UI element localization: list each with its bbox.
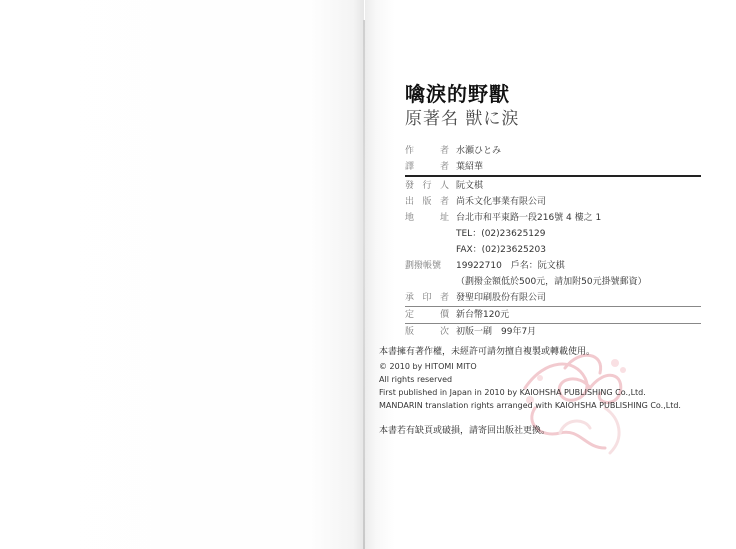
colophon-row-price: 定價 新台幣120元: [405, 307, 701, 323]
copyright-line: © 2010 by HITOMI MITO: [379, 360, 719, 373]
book-title: 噙淚的野獸: [405, 78, 510, 107]
price-value: 新台幣120元: [456, 307, 509, 323]
row-label: 版次: [405, 324, 449, 340]
left-page-blank: [0, 0, 364, 549]
row-label: 譯者: [405, 159, 449, 175]
translator-value: 葉紹華: [456, 159, 483, 175]
fax-value: FAX：(02)23625203: [456, 242, 546, 258]
edition-value: 初版一刷 99年7月: [456, 324, 536, 340]
row-label: 劃撥帳號: [405, 258, 449, 274]
colophon-row-publisher: 出版者 尚禾文化事業有限公司: [405, 194, 701, 210]
postal-account-value: 19922710 戶名：阮文棋: [456, 258, 565, 274]
rights-reserved: All rights reserved: [379, 373, 719, 386]
row-label: 定價: [405, 307, 449, 323]
copyright-notes: 本書擁有著作權，未經許可請勿擅自複製或轉載使用。 © 2010 by HITOM…: [379, 344, 719, 412]
row-label: 地址: [405, 210, 449, 226]
colophon-row-author: 作者 水瀬ひとみ: [405, 143, 701, 159]
translation-rights: MANDARIN translation rights arranged wit…: [379, 399, 719, 412]
tel-value: TEL：(02)23625129: [456, 226, 545, 242]
printer-value: 發聖印刷股份有限公司: [456, 290, 546, 306]
book-spread: 噙淚的野獸 原著名 獣に涙 作者 水瀬ひとみ 譯者 葉紹華 發行人 阮文棋 出版…: [0, 0, 736, 549]
address-value: 台北市和平東路一段216號 4 樓之 1: [456, 210, 601, 226]
colophon-row-edition: 版次 初版一刷 99年7月: [405, 324, 701, 340]
colophon-row-fax: FAX：(02)23625203: [405, 242, 701, 258]
colophon-row-translator: 譯者 葉紹華: [405, 159, 701, 175]
author-value: 水瀬ひとみ: [456, 143, 501, 159]
copyright-notice-cn: 本書擁有著作權，未經許可請勿擅自複製或轉載使用。: [379, 344, 719, 360]
colophon-row-postal-note: （劃撥金額低於500元，請加附50元掛號郵資）: [405, 274, 701, 290]
colophon-table: 作者 水瀬ひとみ 譯者 葉紹華 發行人 阮文棋 出版者 尚禾文化事業有限公司 地…: [405, 143, 701, 340]
row-label: 發行人: [405, 178, 449, 194]
colophon-row-tel: TEL：(02)23625129: [405, 226, 701, 242]
publisher-value: 尚禾文化事業有限公司: [456, 194, 546, 210]
colophon-row-address: 地址 台北市和平東路一段216號 4 樓之 1: [405, 210, 701, 226]
postal-note-value: （劃撥金額低於500元，請加附50元掛號郵資）: [456, 274, 647, 290]
defect-notice: 本書若有缺頁或破損，請寄回出版社更換。: [379, 423, 550, 436]
original-title: 原著名 獣に涙: [405, 104, 519, 129]
colophon-row-printer: 承印者 發聖印刷股份有限公司: [405, 290, 701, 306]
row-label: 出版者: [405, 194, 449, 210]
colophon-row-postal-account: 劃撥帳號 19922710 戶名：阮文棋: [405, 258, 701, 274]
row-label: 承印者: [405, 290, 449, 306]
publisher-person-value: 阮文棋: [456, 178, 483, 194]
colophon-row-publisher-person: 發行人 阮文棋: [405, 178, 701, 194]
first-published: First published in Japan in 2010 by KAIO…: [379, 386, 719, 399]
row-label: 作者: [405, 143, 449, 159]
divider-thick: [405, 175, 701, 177]
